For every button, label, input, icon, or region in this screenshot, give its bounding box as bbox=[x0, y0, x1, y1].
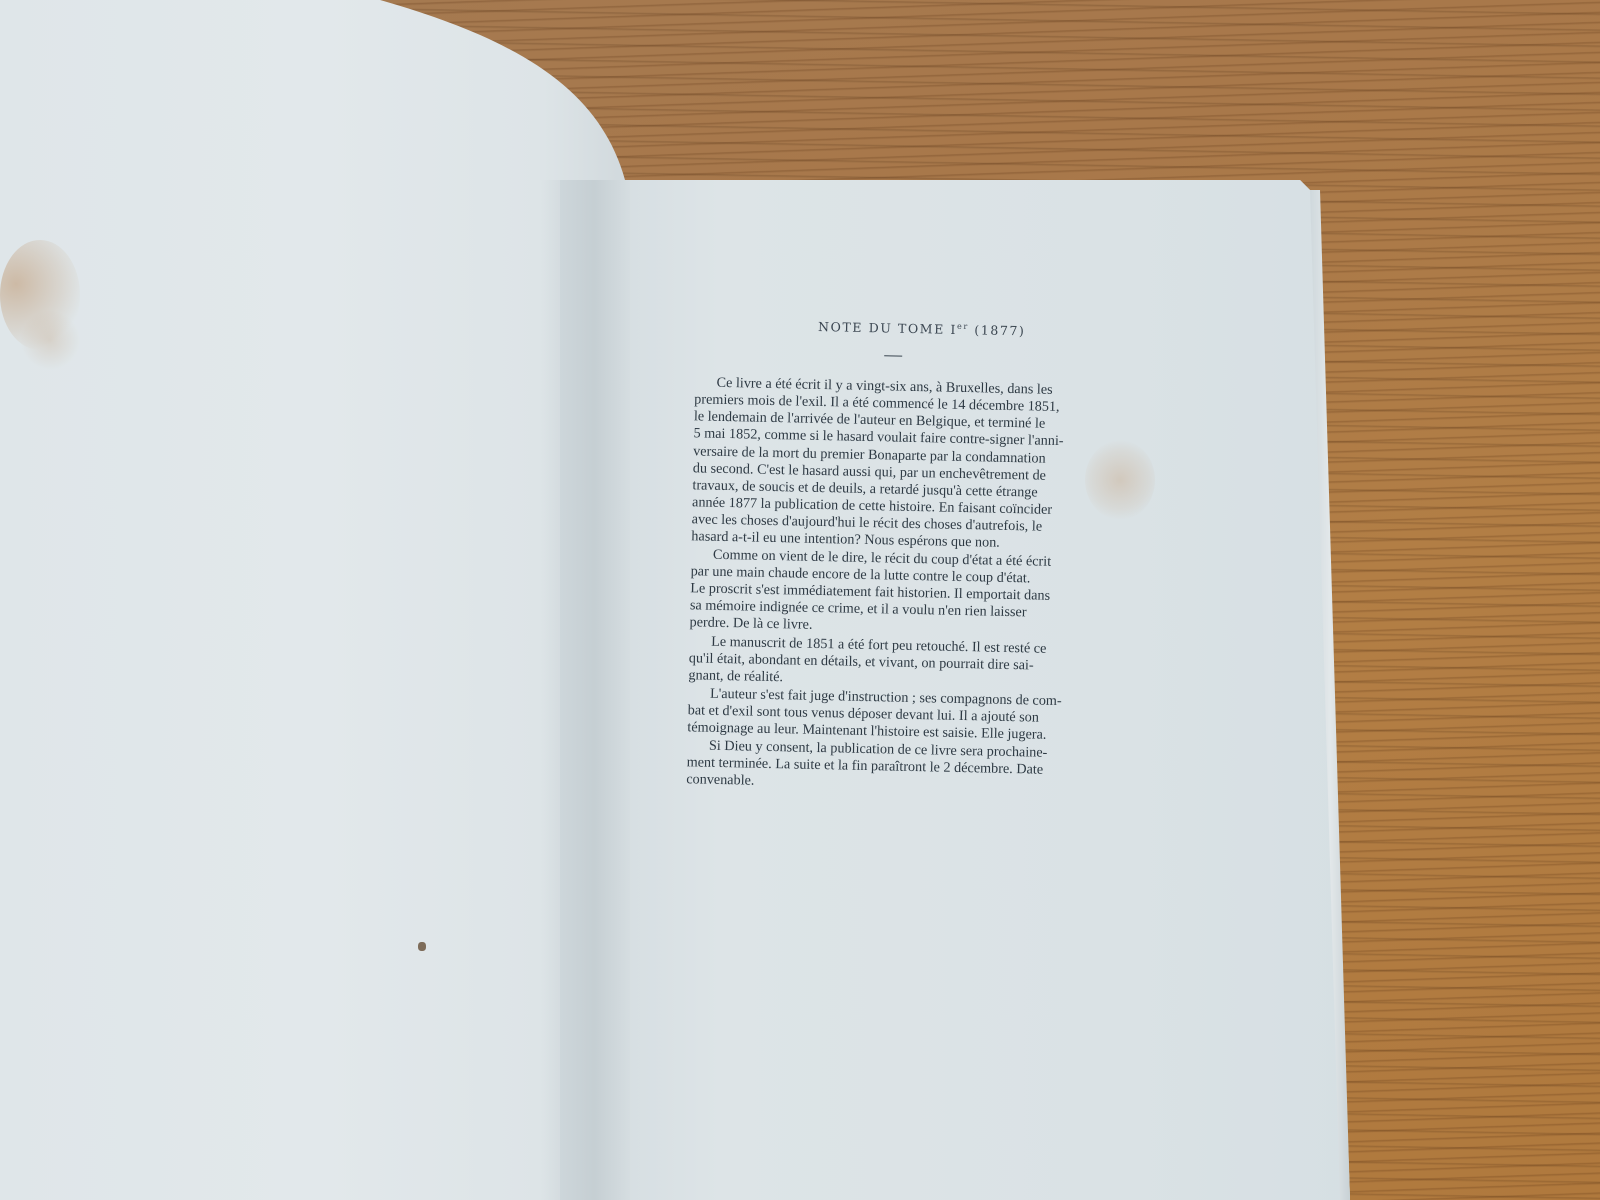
paragraph-2: Comme on vient de le dire, le récit du c… bbox=[689, 546, 1121, 640]
paragraph-4: L'auteur s'est fait juge d'instruction ;… bbox=[687, 685, 1118, 745]
photo-scene: NOTE DU TOME Ier (1877) Ce livre a été é… bbox=[0, 0, 1600, 1200]
book-gutter-shadow bbox=[540, 180, 630, 1200]
paragraph-5: Si Dieu y consent, la publication de ce … bbox=[686, 737, 1117, 797]
paragraph-1: Ce livre a été écrit il y a vingt-six an… bbox=[691, 374, 1124, 554]
note-body: Ce livre a été écrit il y a vingt-six an… bbox=[686, 374, 1125, 797]
printed-text-block: NOTE DU TOME Ier (1877) Ce livre a été é… bbox=[670, 316, 1130, 799]
paragraph-3: Le manuscrit de 1851 a été fort peu reto… bbox=[688, 633, 1119, 693]
paper-speck bbox=[418, 942, 426, 951]
note-title-superscript: er bbox=[957, 322, 969, 331]
note-title-year: (1877) bbox=[974, 322, 1025, 338]
foxing-stain-left-small bbox=[20, 310, 80, 370]
note-title-main: NOTE DU TOME I bbox=[818, 319, 957, 337]
title-rule-divider bbox=[884, 355, 902, 356]
